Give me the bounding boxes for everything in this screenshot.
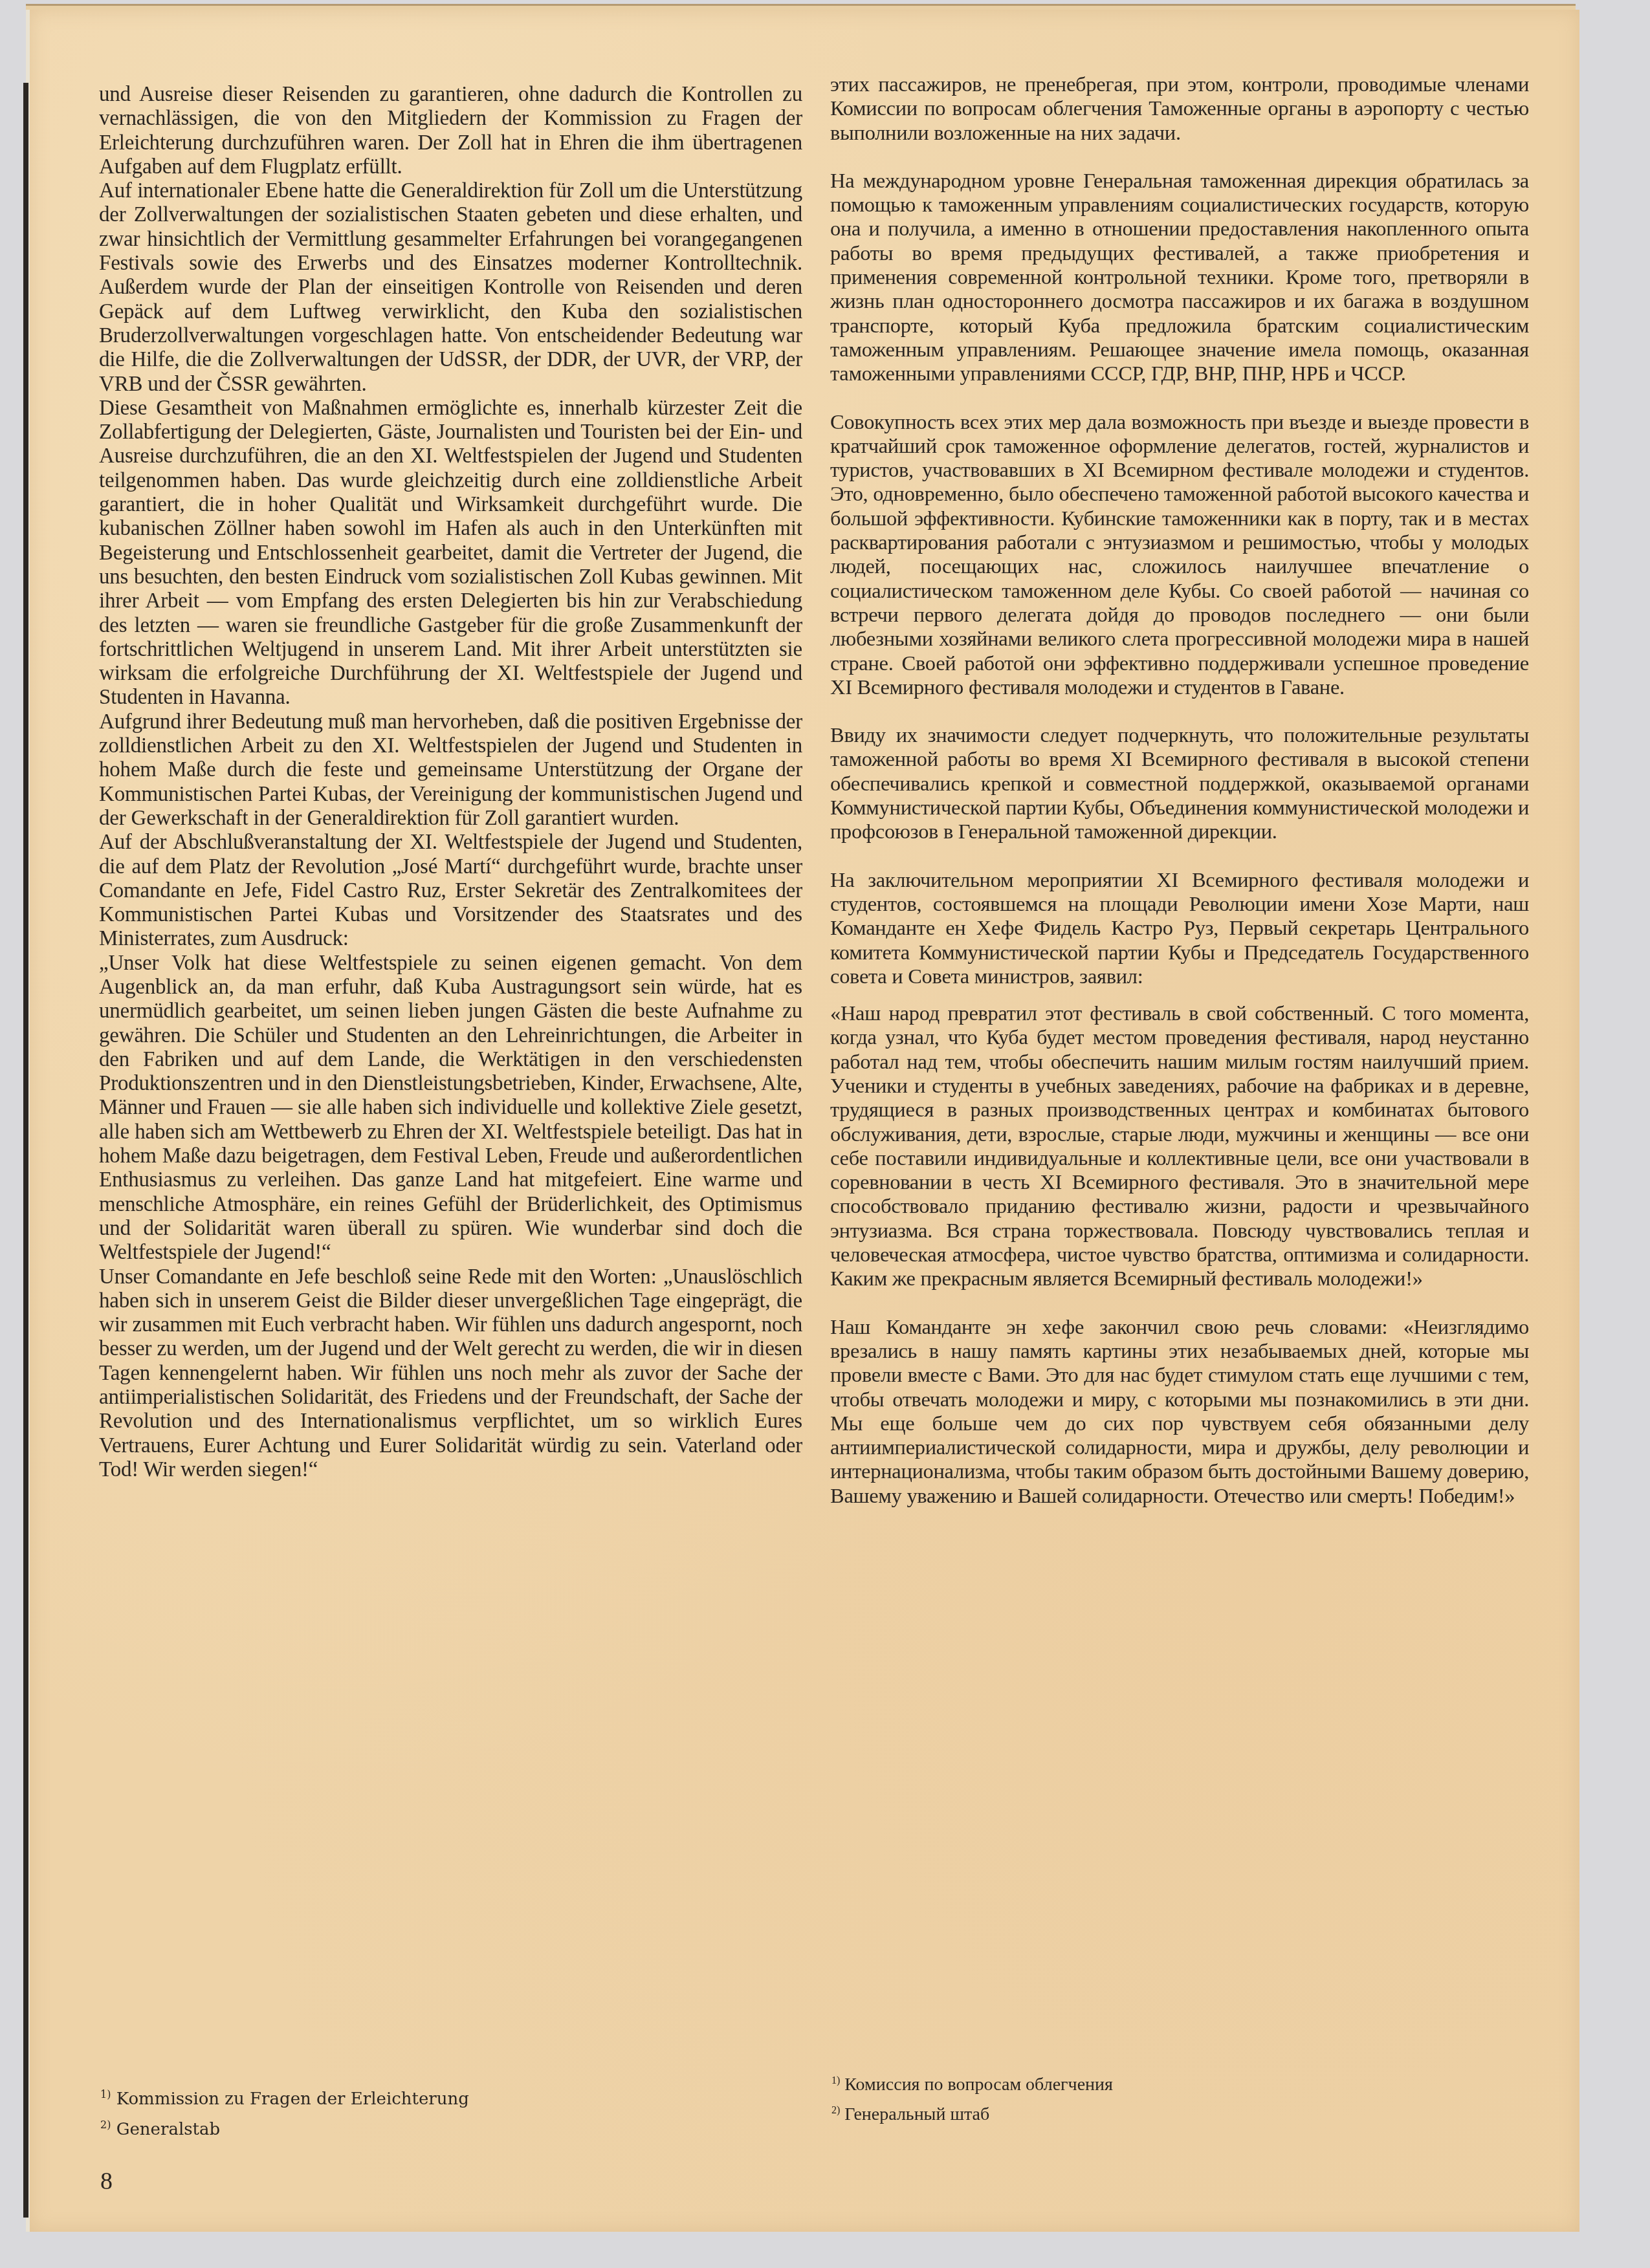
russian-paragraph: На международном уровне Генеральная тамо… [830, 169, 1529, 387]
german-paragraph: und Ausreise dieser Reisenden zu garanti… [99, 83, 802, 179]
german-paragraph: „Unser Volk hat diese Weltfestspiele zu … [99, 952, 802, 1265]
russian-footnotes: 1) Комиссия по вопросам облегчения 2) Ге… [831, 2068, 1113, 2128]
footnote-text: Генеральный штаб [844, 2105, 989, 2125]
russian-paragraph: Совокупность всех этих мер дала возможно… [830, 411, 1529, 701]
footnote: 1) Kommission zu Fragen der Erleichterun… [100, 2082, 469, 2112]
german-paragraph: Auf der Abschlußveranstaltung der XI. We… [99, 831, 802, 951]
german-paragraph: Auf internationaler Ebene hatte die Gene… [99, 179, 802, 397]
russian-paragraph: Ввиду их значимости следует подчеркнуть,… [830, 724, 1529, 844]
russian-paragraph: этих пассажиров, не пренебрегая, при это… [830, 73, 1529, 146]
russian-paragraph: «Наш народ превратил этот фестиваль в св… [830, 1002, 1529, 1292]
footnote-text: Kommission zu Fragen der Erleichterung [116, 2089, 469, 2109]
russian-paragraph: На заключительном мероприятии XI Всемирн… [830, 869, 1529, 989]
footnote: 2) Генеральный штаб [831, 2098, 1113, 2128]
german-footnotes: 1) Kommission zu Fragen der Erleichterun… [100, 2082, 469, 2142]
german-column: und Ausreise dieser Reisenden zu garanti… [99, 83, 802, 1482]
russian-column: этих пассажиров, не пренебрегая, при это… [830, 73, 1529, 1532]
german-paragraph: Diese Gesamtheit von Maßnahmen ermöglich… [99, 397, 802, 710]
footnote-mark: 1) [100, 2088, 111, 2100]
german-paragraph: Aufgrund ihrer Bedeutung muß man hervorh… [99, 710, 802, 831]
margin-marker-bar [23, 83, 28, 2218]
footnote-mark: 2) [100, 2119, 111, 2131]
footnote-mark: 1) [831, 2075, 840, 2086]
footnote: 1) Комиссия по вопросам облегчения [831, 2068, 1113, 2098]
footnote-mark: 2) [831, 2105, 840, 2116]
russian-paragraph: Наш Команданте эн хефе закончил свою реч… [830, 1316, 1529, 1509]
footnote-text: Комиссия по вопросам облегчения [844, 2075, 1113, 2095]
german-paragraph: Unser Comandante en Jefe beschloß seine … [99, 1265, 802, 1483]
footnote: 2) Generalstab [100, 2112, 469, 2143]
footnote-text: Generalstab [116, 2119, 220, 2139]
page-number: 8 [100, 2167, 113, 2196]
